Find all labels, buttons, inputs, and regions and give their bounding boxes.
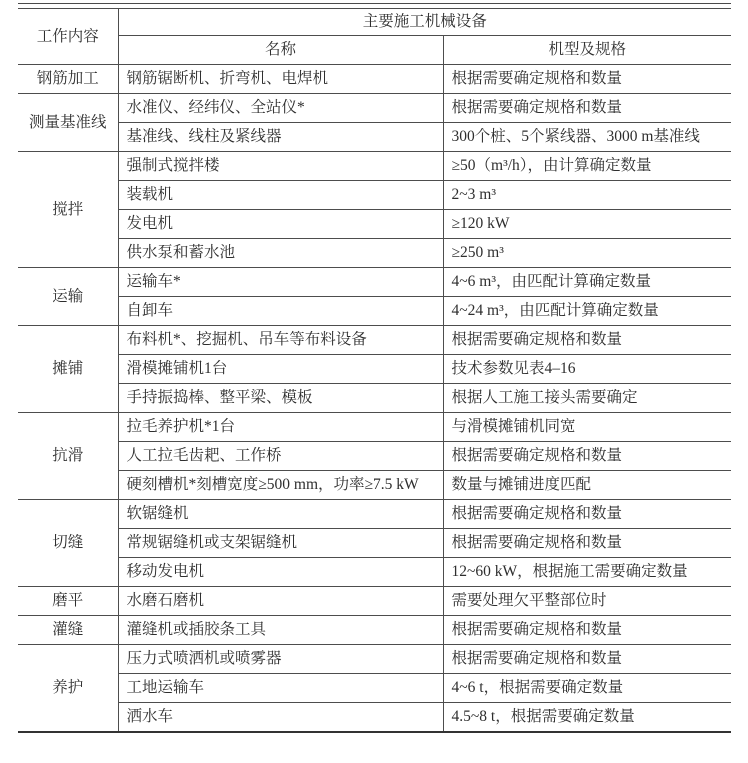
table-row: 发电机 ≥120 kW: [18, 210, 731, 239]
cell-equipment-name: 软锯缝机: [118, 500, 443, 529]
header-work-content: 工作内容: [18, 9, 118, 65]
cell-equipment-name: 灌缝机或插胶条工具: [118, 616, 443, 645]
cell-work-content: 灌缝: [18, 616, 118, 645]
table-row: 搅拌 强制式搅拌楼 ≥50（m³/h），由计算确定数量: [18, 152, 731, 181]
cell-equipment-name: 基准线、线柱及紧线器: [118, 123, 443, 152]
cell-work-content: 抗滑: [18, 413, 118, 500]
cell-equipment-name: 工地运输车: [118, 674, 443, 703]
cell-work-content: 搅拌: [18, 152, 118, 268]
cell-equipment-spec: 根据需要确定规格和数量: [443, 645, 731, 674]
header-name: 名称: [118, 36, 443, 65]
cell-equipment-name: 强制式搅拌楼: [118, 152, 443, 181]
cell-equipment-name: 人工拉毛齿耙、工作桥: [118, 442, 443, 471]
equipment-table-frame: 工作内容 主要施工机械设备 名称 机型及规格 钢筋加工 钢筋锯断机、折弯机、电焊…: [18, 3, 731, 733]
cell-equipment-name: 供水泵和蓄水池: [118, 239, 443, 268]
cell-equipment-name: 滑模摊铺机1台: [118, 355, 443, 384]
table-row: 磨平 水磨石磨机 需要处理欠平整部位时: [18, 587, 731, 616]
cell-work-content: 钢筋加工: [18, 65, 118, 94]
cell-equipment-name: 自卸车: [118, 297, 443, 326]
cell-equipment-spec: 根据需要确定规格和数量: [443, 500, 731, 529]
cell-equipment-name: 移动发电机: [118, 558, 443, 587]
table-row: 硬刻槽机*刻槽宽度≥500 mm，功率≥7.5 kW 数量与摊铺进度匹配: [18, 471, 731, 500]
cell-equipment-spec: 根据需要确定规格和数量: [443, 94, 731, 123]
table-row: 运输 运输车* 4~6 m³，由匹配计算确定数量: [18, 268, 731, 297]
table-row: 装载机 2~3 m³: [18, 181, 731, 210]
table-row: 灌缝 灌缝机或插胶条工具 根据需要确定规格和数量: [18, 616, 731, 645]
cell-equipment-name: 装载机: [118, 181, 443, 210]
cell-equipment-spec: 根据需要确定规格和数量: [443, 529, 731, 558]
cell-work-content: 磨平: [18, 587, 118, 616]
cell-equipment-spec: 技术参数见表4–16: [443, 355, 731, 384]
cell-equipment-spec: 根据人工施工接头需要确定: [443, 384, 731, 413]
cell-equipment-spec: ≥250 m³: [443, 239, 731, 268]
cell-equipment-name: 水磨石磨机: [118, 587, 443, 616]
table-row: 滑模摊铺机1台 技术参数见表4–16: [18, 355, 731, 384]
cell-work-content: 切缝: [18, 500, 118, 587]
cell-equipment-spec: 根据需要确定规格和数量: [443, 442, 731, 471]
table-row: 供水泵和蓄水池 ≥250 m³: [18, 239, 731, 268]
table-row: 工地运输车 4~6 t，根据需要确定数量: [18, 674, 731, 703]
table-row: 养护 压力式喷洒机或喷雾器 根据需要确定规格和数量: [18, 645, 731, 674]
header-spec: 机型及规格: [443, 36, 731, 65]
cell-equipment-name: 硬刻槽机*刻槽宽度≥500 mm，功率≥7.5 kW: [118, 471, 443, 500]
cell-equipment-name: 压力式喷洒机或喷雾器: [118, 645, 443, 674]
table-row: 切缝 软锯缝机 根据需要确定规格和数量: [18, 500, 731, 529]
header-row-top: 工作内容 主要施工机械设备: [18, 9, 731, 36]
cell-equipment-spec: ≥120 kW: [443, 210, 731, 239]
table-row: 钢筋加工 钢筋锯断机、折弯机、电焊机 根据需要确定规格和数量: [18, 65, 731, 94]
table-row: 抗滑 拉毛养护机*1台 与滑模摊铺机同宽: [18, 413, 731, 442]
cell-equipment-spec: 12~60 kW，根据施工需要确定数量: [443, 558, 731, 587]
cell-work-content: 运输: [18, 268, 118, 326]
document-page: 工作内容 主要施工机械设备 名称 机型及规格 钢筋加工 钢筋锯断机、折弯机、电焊…: [0, 0, 748, 763]
cell-equipment-name: 手持振捣棒、整平梁、模板: [118, 384, 443, 413]
cell-equipment-spec: 4~6 m³，由匹配计算确定数量: [443, 268, 731, 297]
cell-equipment-name: 拉毛养护机*1台: [118, 413, 443, 442]
cell-equipment-name: 水准仪、经纬仪、全站仪*: [118, 94, 443, 123]
cell-equipment-spec: 根据需要确定规格和数量: [443, 326, 731, 355]
cell-equipment-spec: 根据需要确定规格和数量: [443, 616, 731, 645]
cell-equipment-name: 洒水车: [118, 703, 443, 733]
cell-equipment-spec: 根据需要确定规格和数量: [443, 65, 731, 94]
cell-work-content: 养护: [18, 645, 118, 733]
cell-equipment-spec: 与滑模摊铺机同宽: [443, 413, 731, 442]
table-row: 测量基准线 水准仪、经纬仪、全站仪* 根据需要确定规格和数量: [18, 94, 731, 123]
table-row: 移动发电机 12~60 kW，根据施工需要确定数量: [18, 558, 731, 587]
cell-equipment-spec: 4~24 m³，由匹配计算确定数量: [443, 297, 731, 326]
cell-equipment-spec: 4.5~8 t，根据需要确定数量: [443, 703, 731, 733]
cell-equipment-spec: 2~3 m³: [443, 181, 731, 210]
cell-equipment-spec: 需要处理欠平整部位时: [443, 587, 731, 616]
table-row: 自卸车 4~24 m³，由匹配计算确定数量: [18, 297, 731, 326]
cell-equipment-name: 布料机*、挖掘机、吊车等布料设备: [118, 326, 443, 355]
table-row: 人工拉毛齿耙、工作桥 根据需要确定规格和数量: [18, 442, 731, 471]
cell-equipment-name: 常规锯缝机或支架锯缝机: [118, 529, 443, 558]
cell-work-content: 摊铺: [18, 326, 118, 413]
cell-equipment-name: 钢筋锯断机、折弯机、电焊机: [118, 65, 443, 94]
cell-work-content: 测量基准线: [18, 94, 118, 152]
cell-equipment-name: 运输车*: [118, 268, 443, 297]
table-row: 手持振捣棒、整平梁、模板 根据人工施工接头需要确定: [18, 384, 731, 413]
cell-equipment-spec: 300个桩、5个紧线器、3000 m基准线: [443, 123, 731, 152]
cell-equipment-spec: 数量与摊铺进度匹配: [443, 471, 731, 500]
table-row: 洒水车 4.5~8 t，根据需要确定数量: [18, 703, 731, 733]
cell-equipment-name: 发电机: [118, 210, 443, 239]
table-row: 常规锯缝机或支架锯缝机 根据需要确定规格和数量: [18, 529, 731, 558]
table-row: 基准线、线柱及紧线器 300个桩、5个紧线器、3000 m基准线: [18, 123, 731, 152]
equipment-table: 工作内容 主要施工机械设备 名称 机型及规格 钢筋加工 钢筋锯断机、折弯机、电焊…: [18, 8, 731, 733]
cell-equipment-spec: 4~6 t，根据需要确定数量: [443, 674, 731, 703]
header-main-equipment: 主要施工机械设备: [118, 9, 731, 36]
cell-equipment-spec: ≥50（m³/h），由计算确定数量: [443, 152, 731, 181]
header-row-sub: 名称 机型及规格: [18, 36, 731, 65]
table-row: 摊铺 布料机*、挖掘机、吊车等布料设备 根据需要确定规格和数量: [18, 326, 731, 355]
